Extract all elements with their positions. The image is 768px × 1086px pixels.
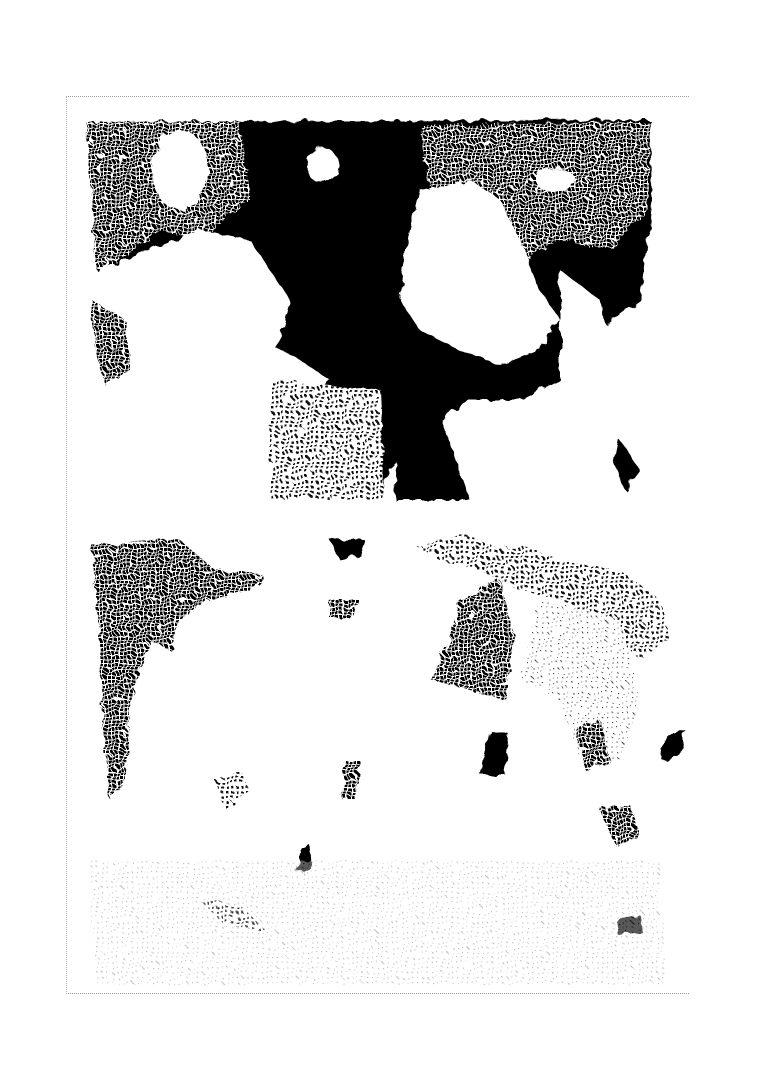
upper-photo	[86, 120, 652, 500]
lower-photo	[90, 535, 685, 985]
halftone-plates	[0, 0, 768, 1086]
scanned-page	[0, 0, 768, 1086]
